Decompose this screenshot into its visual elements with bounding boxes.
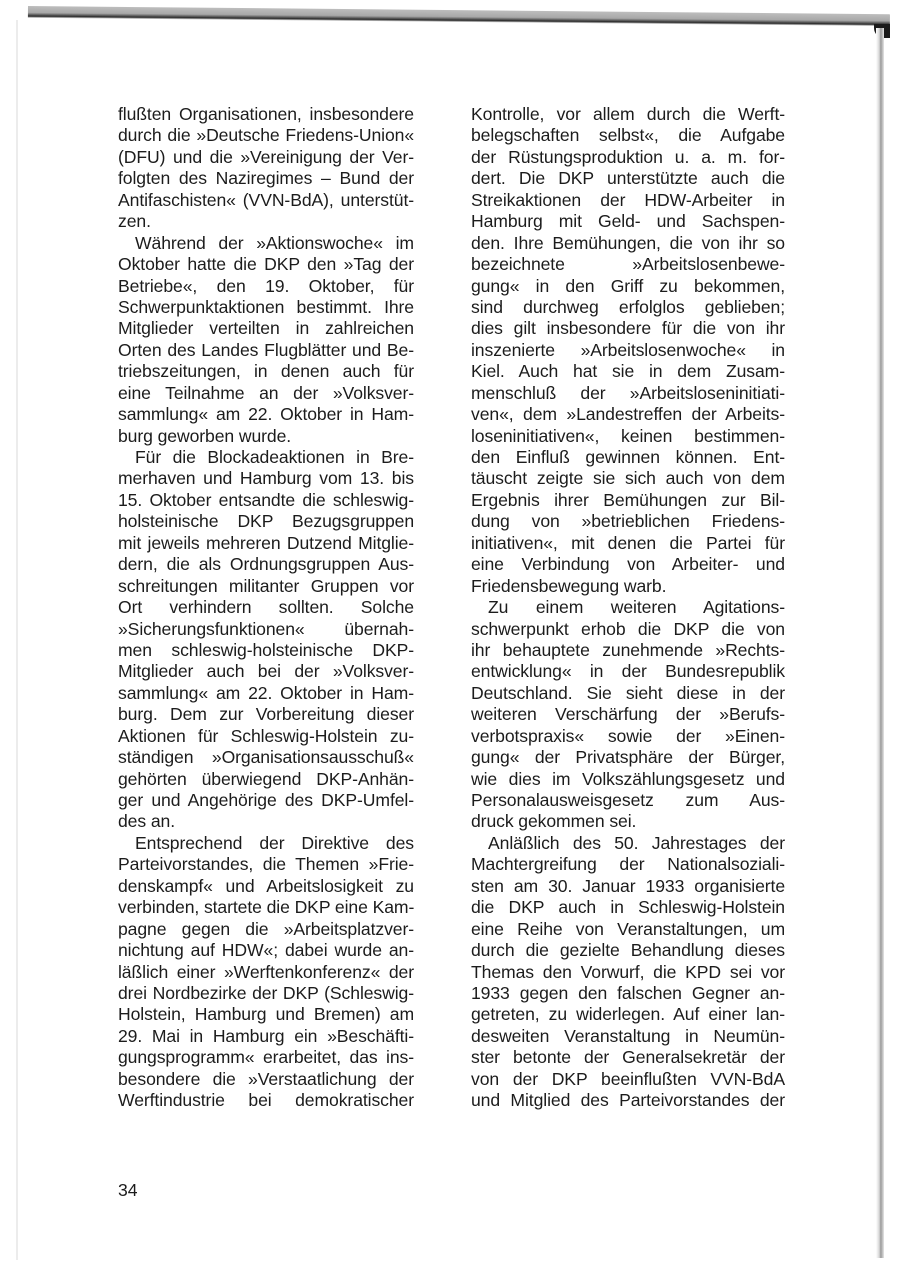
text-line: men schleswig-holsteinische DKP-: [118, 640, 414, 661]
text-line: dert. Die DKP unterstützte auch die: [471, 168, 785, 189]
text-line: Machtergreifung der Nationalsoziali-: [471, 854, 785, 875]
text-line: 1933 gegen den falschen Gegner an-: [471, 983, 785, 1004]
text-line: Ergebnis ihrer Bemühungen zur Bil-: [471, 490, 785, 511]
text-line: Werftindustrie bei demokratischer: [118, 1090, 414, 1111]
text-line: der Rüstungsproduktion u. a. m. for-: [471, 147, 785, 168]
text-line: merhaven und Hamburg vom 13. bis: [118, 468, 414, 489]
text-line: Kontrolle, vor allem durch die Werft-: [471, 104, 785, 125]
text-line: dung von »betrieblichen Friedens-: [471, 511, 785, 532]
text-line: läßlich einer »Werftenkonferenz« der: [118, 962, 414, 983]
text-line: nichtung auf HDW«; dabei wurde an-: [118, 940, 414, 961]
text-line: mit jeweils mehreren Dutzend Mitglie-: [118, 533, 414, 554]
text-line: initiativen«, mit denen die Partei für: [471, 533, 785, 554]
scan-left-edge: [16, 20, 18, 1260]
text-line: schreitungen militanter Gruppen vor: [118, 576, 414, 597]
text-line: druck gekommen sei.: [471, 811, 785, 832]
text-line: dies gilt insbesondere für die von ihr: [471, 318, 785, 339]
text-line: drei Nordbezirke der DKP (Schleswig-: [118, 983, 414, 1004]
text-line: Parteivorstandes, die Themen »Frie-: [118, 854, 414, 875]
text-line: eine Reihe von Veranstaltungen, um: [471, 919, 785, 940]
text-line: burg geworben wurde.: [118, 426, 414, 447]
scan-right-edge: [876, 28, 884, 1258]
text-line: ven«, dem »Landestreffen der Arbeits-: [471, 404, 785, 425]
text-line: 29. Mai in Hamburg ein »Beschäfti-: [118, 1026, 414, 1047]
text-line: Themas den Vorwurf, die KPD sei vor: [471, 962, 785, 983]
left-text-column: flußten Organisationen, insbesonderedurc…: [118, 104, 414, 1112]
text-line: eine Teilnahme an der »Volksver-: [118, 383, 414, 404]
text-line: gung« der Privatsphäre der Bürger,: [471, 747, 785, 768]
text-line: holsteinische DKP Bezugsgruppen: [118, 511, 414, 532]
text-line: Während der »Aktionswoche« im: [118, 233, 414, 254]
text-line: entwicklung« in der Bundesrepublik: [471, 661, 785, 682]
text-line: eine Verbindung von Arbeiter- und: [471, 554, 785, 575]
text-line: verbotspraxis« sowie der »Einen-: [471, 726, 785, 747]
text-line: inszenierte »Arbeitslosenwoche« in: [471, 340, 785, 361]
text-line: ster betonte der Generalsekretär der: [471, 1047, 785, 1068]
text-line: ger und Angehörige des DKP-Umfel-: [118, 790, 414, 811]
text-line: Für die Blockadeaktionen in Bre-: [118, 447, 414, 468]
text-line: Entsprechend der Direktive des: [118, 833, 414, 854]
text-line: Mitglieder verteilten in zahlreichen: [118, 318, 414, 339]
text-line: Friedensbewegung warb.: [471, 576, 785, 597]
text-line: sind durchweg erfolglos geblieben;: [471, 297, 785, 318]
text-line: 15. Oktober entsandte die schleswig-: [118, 490, 414, 511]
text-line: sammlung« am 22. Oktober in Ham-: [118, 683, 414, 704]
text-line: Holstein, Hamburg und Bremen) am: [118, 1004, 414, 1025]
text-line: Betriebe«, den 19. Oktober, für: [118, 276, 414, 297]
text-line: getreten, zu widerlegen. Auf einer lan-: [471, 1004, 785, 1025]
text-line: die DKP auch in Schleswig-Holstein: [471, 897, 785, 918]
text-line: flußten Organisationen, insbesondere: [118, 104, 414, 125]
text-line: loseninitiativen«, keinen bestimmen-: [471, 426, 785, 447]
text-line: sammlung« am 22. Oktober in Ham-: [118, 404, 414, 425]
text-line: zen.: [118, 211, 414, 232]
text-line: von der DKP beeinflußten VVN-BdA: [471, 1069, 785, 1090]
text-line: wie dies im Volkszählungsgesetz und: [471, 769, 785, 790]
text-line: Antifaschisten« (VVN-BdA), unterstüt-: [118, 190, 414, 211]
text-line: Kiel. Auch hat sie in dem Zusam-: [471, 361, 785, 382]
text-line: Personalausweisgesetz zum Aus-: [471, 790, 785, 811]
text-line: menschluß der »Arbeitsloseninitiati-: [471, 383, 785, 404]
text-line: und Mitglied des Parteivorstandes der: [471, 1090, 785, 1111]
text-line: gung« in den Griff zu bekommen,: [471, 276, 785, 297]
text-line: belegschaften selbst«, die Aufgabe: [471, 125, 785, 146]
text-line: ständigen »Organisationsausschuß«: [118, 747, 414, 768]
text-line: bezeichnete »Arbeitslosenbewe-: [471, 254, 785, 275]
text-line: denskampf« und Arbeitslosigkeit zu: [118, 876, 414, 897]
text-line: burg. Dem zur Vorbereitung dieser: [118, 704, 414, 725]
text-line: täuscht zeigte sie sich auch von dem: [471, 468, 785, 489]
text-line: Anläßlich des 50. Jahrestages der: [471, 833, 785, 854]
text-line: ihr behauptete zunehmende »Rechts-: [471, 640, 785, 661]
text-line: dern, die als Ordnungsgruppen Aus-: [118, 554, 414, 575]
text-line: Zu einem weiteren Agitations-: [471, 597, 785, 618]
text-line: verbinden, startete die DKP eine Kam-: [118, 897, 414, 918]
text-line: Streikaktionen der HDW-Arbeiter in: [471, 190, 785, 211]
text-line: folgten des Naziregimes – Bund der: [118, 168, 414, 189]
scan-top-edge: [28, 6, 890, 26]
text-line: besondere die »Verstaatlichung der: [118, 1069, 414, 1090]
text-line: gungsprogramm« erarbeitet, das ins-: [118, 1047, 414, 1068]
text-line: Hamburg mit Geld- und Sachspen-: [471, 211, 785, 232]
text-line: triebszeitungen, in denen auch für: [118, 361, 414, 382]
text-line: desweiten Veranstaltung in Neumün-: [471, 1026, 785, 1047]
text-line: Ort verhindern sollten. Solche: [118, 597, 414, 618]
text-line: Schwerpunktaktionen bestimmt. Ihre: [118, 297, 414, 318]
text-line: gehörten überwiegend DKP-Anhän-: [118, 769, 414, 790]
text-line: den. Ihre Bemühungen, die von ihr so: [471, 233, 785, 254]
text-line: schwerpunkt erhob die DKP die von: [471, 619, 785, 640]
text-line: durch die »Deutsche Friedens-Union«: [118, 125, 414, 146]
text-line: Mitglieder auch bei der »Volksver-: [118, 661, 414, 682]
text-line: Oktober hatte die DKP den »Tag der: [118, 254, 414, 275]
text-line: Orten des Landes Flugblätter und Be-: [118, 340, 414, 361]
text-line: sten am 30. Januar 1933 organisierte: [471, 876, 785, 897]
text-line: »Sicherungsfunktionen« übernah-: [118, 619, 414, 640]
text-line: Aktionen für Schleswig-Holstein zu-: [118, 726, 414, 747]
text-line: durch die gezielte Behandlung dieses: [471, 940, 785, 961]
text-line: Deutschland. Sie sieht diese in der: [471, 683, 785, 704]
text-line: den Einfluß gewinnen können. Ent-: [471, 447, 785, 468]
text-line: des an.: [118, 811, 414, 832]
text-line: pagne gegen die »Arbeitsplatzver-: [118, 919, 414, 940]
text-line: (DFU) und die »Vereinigung der Ver-: [118, 147, 414, 168]
right-text-column: Kontrolle, vor allem durch die Werft-bel…: [471, 104, 785, 1112]
page-number: 34: [118, 1180, 138, 1201]
text-line: weiteren Verschärfung der »Berufs-: [471, 704, 785, 725]
